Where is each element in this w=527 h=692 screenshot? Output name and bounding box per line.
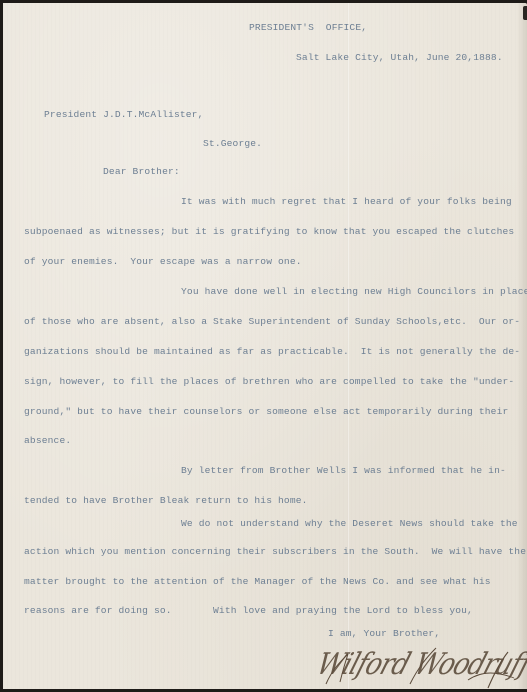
body-line: reasons are for doing so. With love and … bbox=[24, 605, 473, 617]
place-date: Salt Lake City, Utah, June 20,1888. bbox=[296, 52, 503, 64]
body-line: You have done well in electing new High … bbox=[181, 286, 527, 298]
body-line: absence. bbox=[24, 435, 71, 447]
body-line: subpoenaed as witnesses; but it is grati… bbox=[24, 226, 514, 238]
body-line: We do not understand why the Deseret New… bbox=[181, 518, 518, 530]
letterhead: PRESIDENT'S OFFICE, bbox=[249, 22, 367, 34]
recipient-name: President J.D.T.McAllister, bbox=[44, 109, 204, 121]
body-line: action which you mention concerning thei… bbox=[24, 546, 526, 558]
body-line: of those who are absent, also a Stake Su… bbox=[24, 316, 520, 328]
body-line: sign, however, to fill the places of bre… bbox=[24, 376, 514, 388]
body-line: of your enemies. Your escape was a narro… bbox=[24, 256, 302, 268]
body-line: ganizations should be maintained as far … bbox=[24, 346, 520, 358]
closing: I am, Your Brother, bbox=[328, 628, 440, 640]
salutation: Dear Brother: bbox=[103, 166, 180, 178]
recipient-location: St.George. bbox=[203, 138, 262, 150]
body-line: ground," but to have their counselors or… bbox=[24, 406, 508, 418]
body-line: By letter from Brother Wells I was infor… bbox=[181, 465, 506, 477]
body-line: tended to have Brother Bleak return to h… bbox=[24, 495, 308, 507]
scan-edge-mark bbox=[0, 660, 3, 668]
signature: Wilford Woodruff bbox=[312, 648, 527, 683]
body-line: It was with much regret that I heard of … bbox=[181, 196, 512, 208]
body-line: matter brought to the attention of the M… bbox=[24, 576, 491, 588]
scan-corner-mark bbox=[523, 6, 527, 20]
